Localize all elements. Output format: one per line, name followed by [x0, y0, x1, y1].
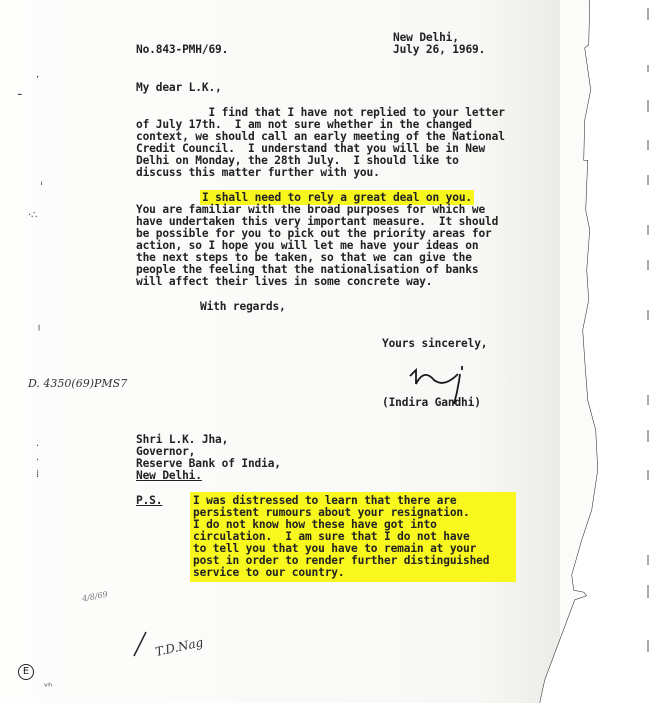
margin-mark: ʼ [36, 75, 39, 86]
recipient-city: New Delhi. [136, 470, 202, 482]
margin-mark: ·∴ [28, 210, 38, 221]
letter-date: July 26, 1969. [393, 44, 485, 56]
margin-mark: ╷ [36, 320, 42, 331]
paragraph-line: discuss this matter further with you. [136, 167, 380, 179]
signatory-name: (Indira Gandhi) [382, 397, 481, 409]
sign-off: Yours sincerely, [382, 338, 487, 350]
reference-number: No.843-PMH/69. [136, 44, 228, 56]
margin-mark: ᵛʰ [44, 682, 52, 693]
salutation: My dear L.K., [136, 82, 222, 94]
postscript-line: service to our country. [193, 567, 344, 579]
closing-regards: With regards, [200, 301, 286, 313]
circled-letter-mark: E [18, 664, 34, 680]
margin-mark: ··⁞ [36, 440, 39, 482]
margin-mark: ˌ [40, 172, 43, 186]
scan-edge-marks [645, 0, 653, 703]
paragraph-line: will affect their lives in some concrete… [136, 276, 432, 288]
margin-mark: ـ [18, 84, 22, 98]
ps-label: P.S. [136, 495, 162, 507]
slash-mark [130, 630, 150, 658]
handwritten-diary-note: D. 4350(69)PMS7 [28, 377, 127, 390]
